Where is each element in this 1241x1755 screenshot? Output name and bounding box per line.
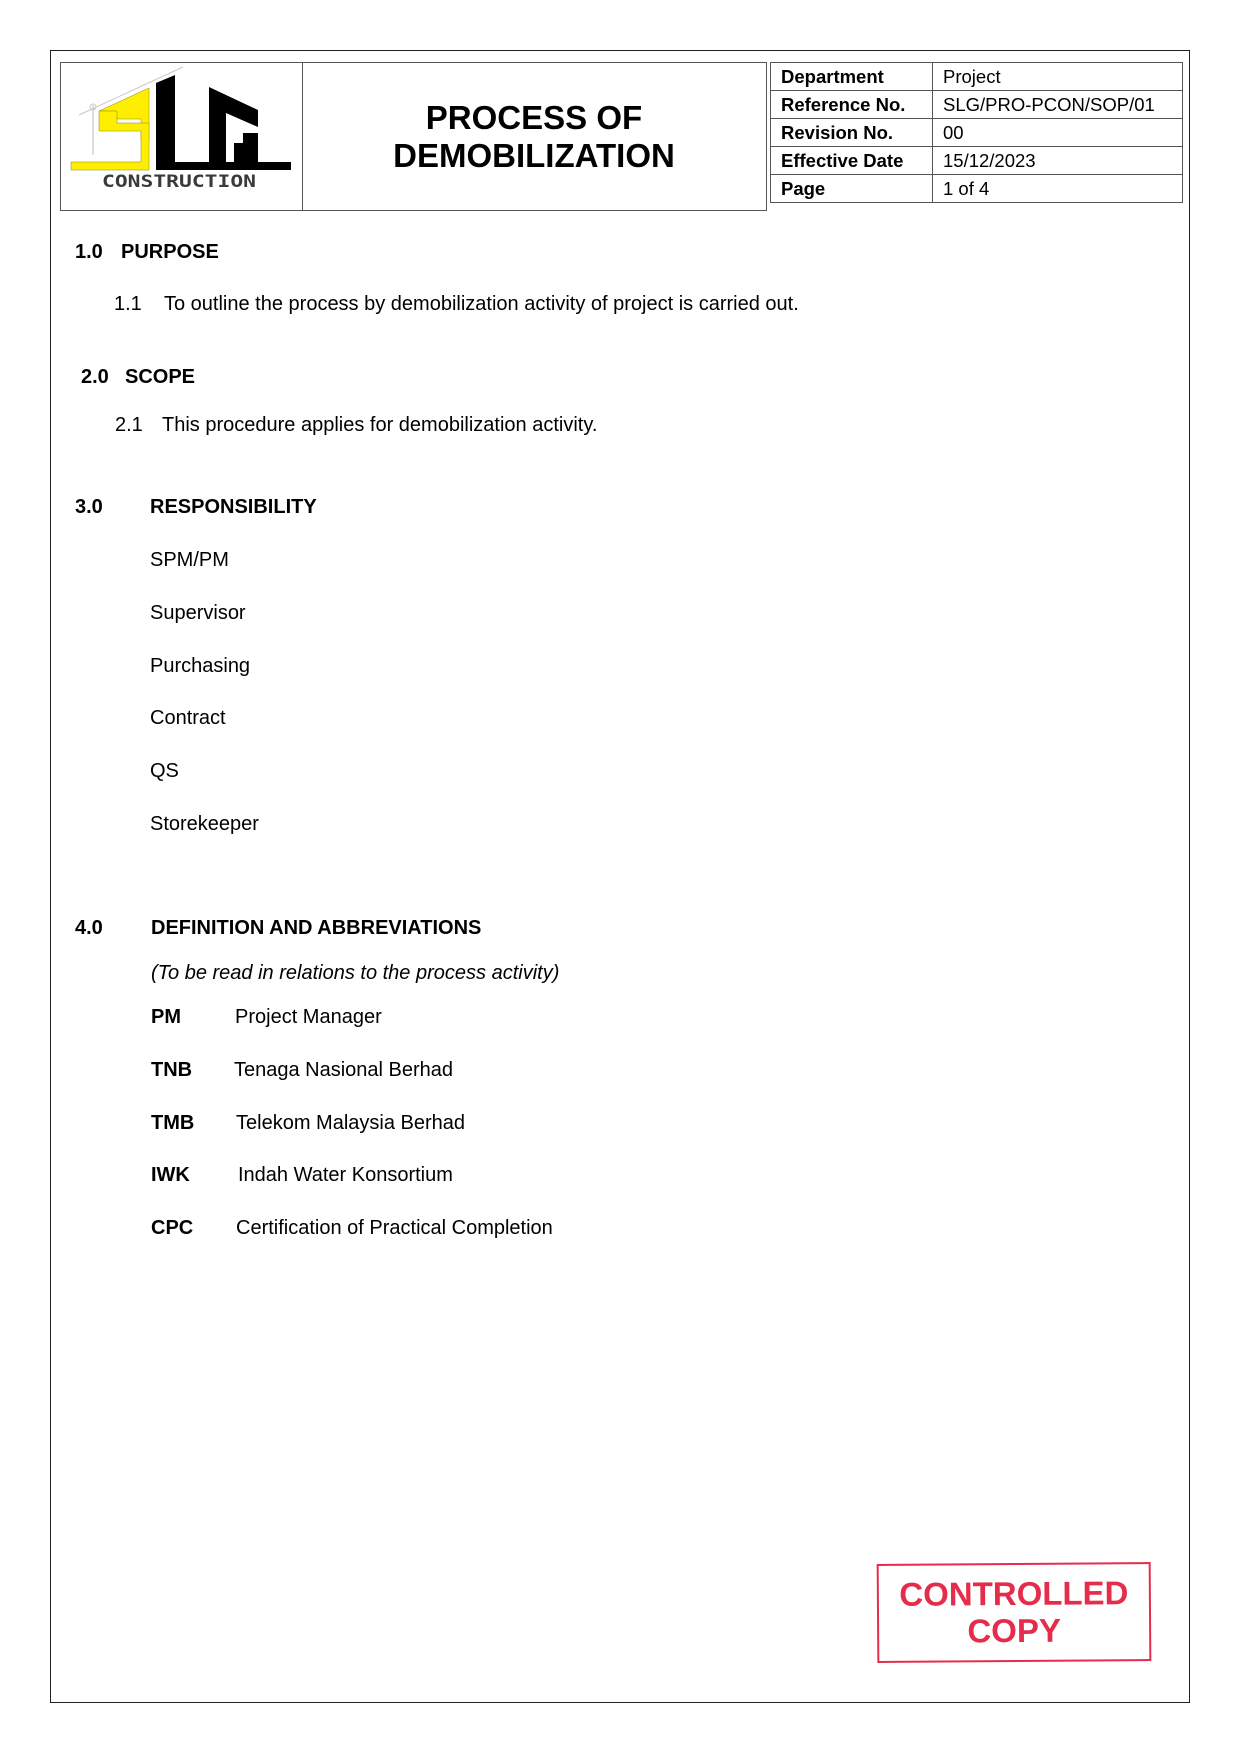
definitions-note: (To be read in relations to the process … — [151, 961, 559, 985]
slg-construction-logo: CONSTRUCTION — [61, 63, 301, 209]
title-line-2: DEMOBILIZATION — [393, 137, 675, 175]
responsibility-item: Storekeeper — [150, 812, 259, 836]
logo-cell: CONSTRUCTION — [60, 62, 303, 211]
abbreviation-meaning: Tenaga Nasional Berhad — [234, 1058, 453, 1082]
meta-label: Revision No. — [771, 119, 933, 147]
item-number: 1.1 — [114, 292, 142, 316]
meta-value: 15/12/2023 — [933, 147, 1183, 175]
responsibility-item: QS — [150, 759, 179, 783]
responsibility-item: SPM/PM — [150, 548, 229, 572]
meta-row-effective-date: Effective Date 15/12/2023 — [771, 147, 1183, 175]
responsibility-item: Supervisor — [150, 601, 246, 625]
section-heading: SCOPE — [125, 365, 195, 389]
item-text: This procedure applies for demobilizatio… — [162, 413, 597, 437]
abbreviation: CPC — [151, 1216, 193, 1240]
meta-row-page: Page 1 of 4 — [771, 175, 1183, 203]
section-number: 2.0 — [81, 365, 109, 389]
item-text: To outline the process by demobilization… — [164, 292, 799, 316]
abbreviation: TMB — [151, 1111, 194, 1135]
abbreviation-meaning: Project Manager — [235, 1005, 382, 1029]
meta-label: Page — [771, 175, 933, 203]
stamp-line-1: CONTROLLED — [879, 1574, 1149, 1613]
document-meta-table: Department Project Reference No. SLG/PRO… — [770, 62, 1183, 203]
abbreviation-meaning: Certification of Practical Completion — [236, 1216, 553, 1240]
abbreviation-meaning: Telekom Malaysia Berhad — [236, 1111, 465, 1135]
meta-row-reference: Reference No. SLG/PRO-PCON/SOP/01 — [771, 91, 1183, 119]
logo-subtitle: CONSTRUCTION — [102, 172, 256, 192]
responsibility-item: Purchasing — [150, 654, 250, 678]
abbreviation: PM — [151, 1005, 181, 1029]
controlled-copy-stamp: CONTROLLED COPY — [877, 1562, 1152, 1663]
stamp-line-2: COPY — [879, 1611, 1149, 1650]
section-number: 1.0 — [75, 240, 103, 264]
logo-l — [156, 75, 175, 162]
abbreviation: TNB — [151, 1058, 192, 1082]
meta-value: 1 of 4 — [933, 175, 1183, 203]
abbreviation-meaning: Indah Water Konsortium — [238, 1163, 453, 1187]
responsibility-item: Contract — [150, 706, 226, 730]
meta-row-revision: Revision No. 00 — [771, 119, 1183, 147]
meta-value: Project — [933, 63, 1183, 91]
section-heading: PURPOSE — [121, 240, 219, 264]
item-number: 2.1 — [115, 413, 143, 437]
title-line-1: PROCESS OF — [393, 99, 675, 137]
abbreviation: IWK — [151, 1163, 190, 1187]
section-number: 3.0 — [75, 495, 103, 519]
meta-label: Reference No. — [771, 91, 933, 119]
meta-row-department: Department Project — [771, 63, 1183, 91]
section-heading: DEFINITION AND ABBREVIATIONS — [151, 916, 481, 940]
meta-value: SLG/PRO-PCON/SOP/01 — [933, 91, 1183, 119]
section-number: 4.0 — [75, 916, 103, 940]
meta-label: Effective Date — [771, 147, 933, 175]
meta-value: 00 — [933, 119, 1183, 147]
meta-label: Department — [771, 63, 933, 91]
document-title: PROCESS OF DEMOBILIZATION — [302, 62, 767, 211]
section-heading: RESPONSIBILITY — [150, 495, 317, 519]
